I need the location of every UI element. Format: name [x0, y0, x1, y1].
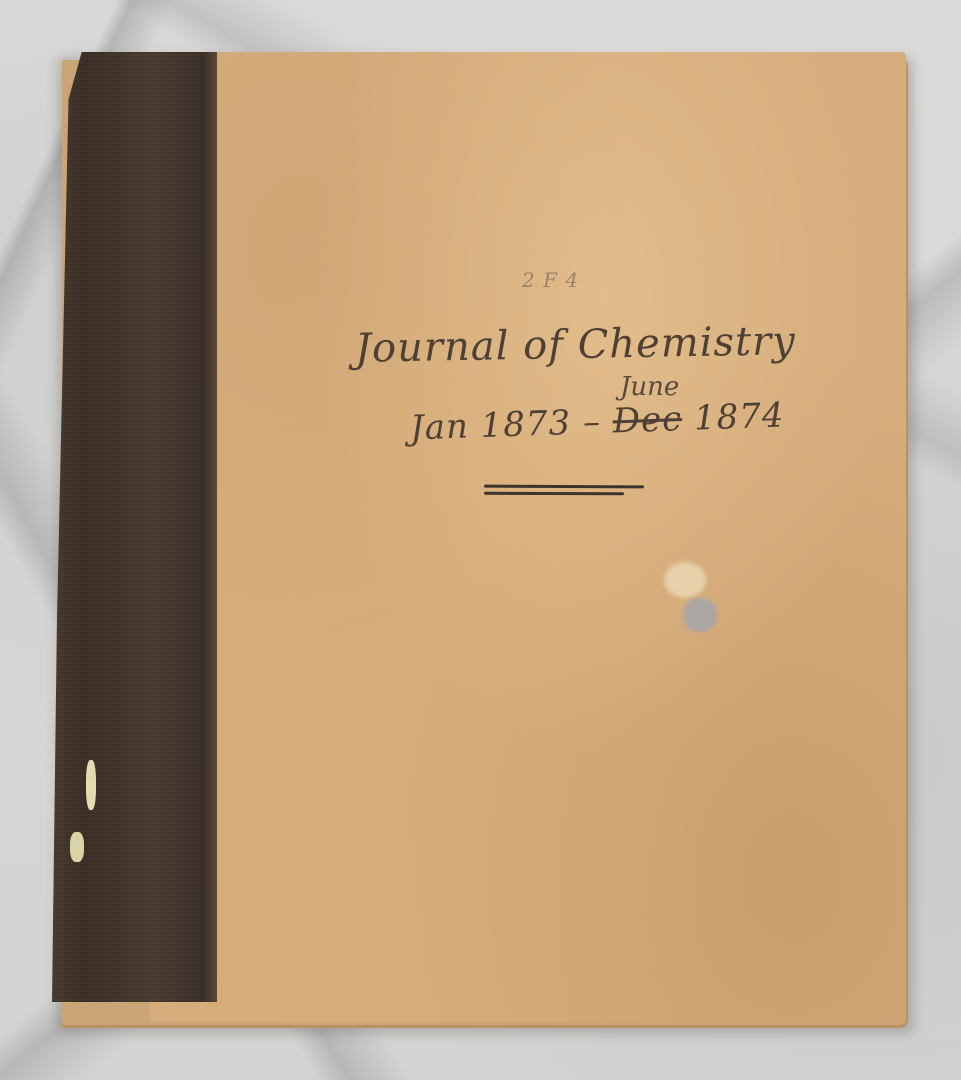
- cover-stain: [683, 598, 717, 632]
- date-start: Jan 1873 –: [409, 402, 601, 449]
- handwritten-title: Journal of Chemistry: [355, 318, 797, 372]
- spine-edge: [203, 52, 217, 1002]
- catalog-mark: 2 F 4: [522, 268, 579, 292]
- struck-month: Dec: [612, 399, 683, 441]
- spine-wear-mark: [86, 760, 96, 810]
- underline-rule: [484, 492, 624, 495]
- month-correction: June: [620, 372, 679, 402]
- date-end-year: 1874: [693, 395, 785, 438]
- cover-stain: [664, 562, 706, 598]
- book-cover: [150, 52, 906, 1022]
- spine-wear-mark: [70, 832, 84, 862]
